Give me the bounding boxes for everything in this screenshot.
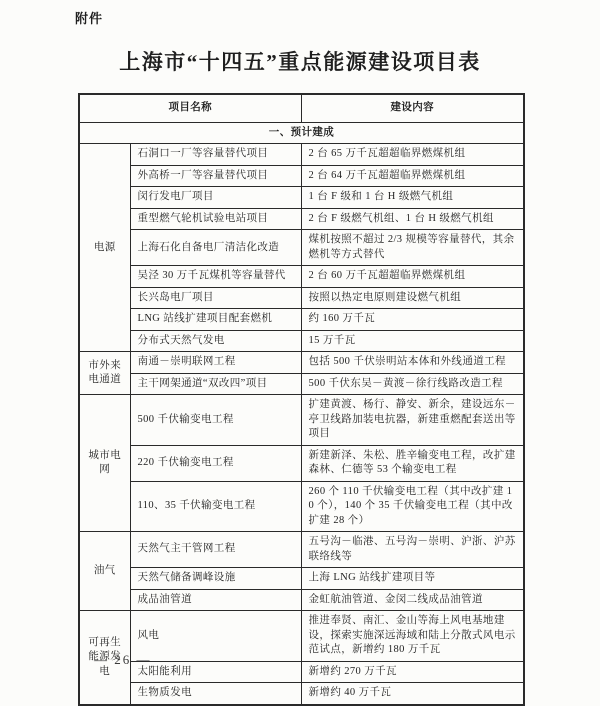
project-content: 包括 500 千伏崇明站本体和外线通道工程	[301, 352, 524, 373]
section-row: 一、预计建成	[79, 123, 524, 144]
project-content: 500 千伏东吴－黄渡－徐行线路改造工程	[301, 373, 524, 394]
project-name: 重型燃气轮机试验电站项目	[130, 208, 301, 229]
project-content: 约 160 万千瓦	[301, 309, 524, 330]
page-title: 上海市“十四五”重点能源建设项目表	[0, 46, 600, 76]
project-content: 新增约 40 万千瓦	[301, 683, 524, 705]
attachment-label: 附件	[75, 8, 103, 27]
project-content: 15 万千瓦	[301, 330, 524, 351]
projects-table-wrapper: 项目名称 建设内容 一、预计建成 电源 石洞口一厂等容量替代项目 2 台 65 …	[78, 93, 523, 706]
project-content: 上海 LNG 站线扩建项目等	[301, 568, 524, 589]
project-name: 石洞口一厂等容量替代项目	[130, 144, 301, 165]
project-name: 上海石化自备电厂清洁化改造	[130, 230, 301, 266]
table-row: 主干网架通道“双改四”项目 500 千伏东吴－黄渡－徐行线路改造工程	[79, 373, 524, 394]
project-content: 2 台 64 万千瓦超超临界燃煤机组	[301, 165, 524, 186]
table-row: 成品油管道 金虹航油管道、金闵二线成品油管道	[79, 589, 524, 610]
category-power-source: 电源	[79, 144, 130, 352]
header-project-name: 项目名称	[79, 94, 301, 123]
project-content: 扩建黄渡、杨行、静安、新余，建设远东－亭卫线路加装电抗器，新建重燃配套送出等项目	[301, 395, 524, 445]
project-name: 天然气主干管网工程	[130, 532, 301, 568]
project-name: 风电	[130, 611, 301, 661]
category-external-power-channel: 市外来电通道	[79, 352, 130, 395]
table-row: 上海石化自备电厂清洁化改造 煤机按照不超过 2/3 规模等容量替代，其余燃机等方…	[79, 230, 524, 266]
table-row: 110、35 千伏输变电工程 260 个 110 千伏输变电工程（其中改扩建 1…	[79, 481, 524, 531]
table-row: 闵行发电厂项目 1 台 F 级和 1 台 H 级燃气机组	[79, 187, 524, 208]
project-name: 太阳能利用	[130, 661, 301, 682]
project-content: 2 台 60 万千瓦超超临界燃煤机组	[301, 266, 524, 287]
project-name: 天然气储备调峰设施	[130, 568, 301, 589]
project-name: 吴泾 30 万千瓦煤机等容量替代	[130, 266, 301, 287]
project-name: 长兴岛电厂项目	[130, 287, 301, 308]
project-name: 成品油管道	[130, 589, 301, 610]
table-row: 220 千伏输变电工程 新建新泽、朱松、胜辛输变电工程，改扩建森林、仁德等 53…	[79, 445, 524, 481]
table-header-row: 项目名称 建设内容	[79, 94, 524, 123]
table-row: 生物质发电 新增约 40 万千瓦	[79, 683, 524, 705]
project-content: 金虹航油管道、金闵二线成品油管道	[301, 589, 524, 610]
table-row: 重型燃气轮机试验电站项目 2 台 F 级燃气机组、1 台 H 级燃气机组	[79, 208, 524, 229]
project-content: 2 台 65 万千瓦超超临界燃煤机组	[301, 144, 524, 165]
project-content: 煤机按照不超过 2/3 规模等容量替代，其余燃机等方式替代	[301, 230, 524, 266]
project-content: 1 台 F 级和 1 台 H 级燃气机组	[301, 187, 524, 208]
project-name: LNG 站线扩建项目配套燃机	[130, 309, 301, 330]
project-content: 260 个 110 千伏输变电工程（其中改扩建 10 个），140 个 35 千…	[301, 481, 524, 531]
section-title: 一、预计建成	[79, 123, 524, 144]
project-name: 外高桥一厂等容量替代项目	[130, 165, 301, 186]
category-oil-gas: 油气	[79, 532, 130, 611]
category-city-grid: 城市电网	[79, 395, 130, 532]
table-row: 油气 天然气主干管网工程 五号沟－临港、五号沟－崇明、沪浙、沪苏联络线等	[79, 532, 524, 568]
project-content: 新建新泽、朱松、胜辛输变电工程，改扩建森林、仁德等 53 个输变电工程	[301, 445, 524, 481]
header-construction-content: 建设内容	[301, 94, 524, 123]
projects-table: 项目名称 建设内容 一、预计建成 电源 石洞口一厂等容量替代项目 2 台 65 …	[78, 93, 525, 706]
project-content: 2 台 F 级燃气机组、1 台 H 级燃气机组	[301, 208, 524, 229]
page-number: — 26 —	[94, 652, 152, 668]
project-name: 生物质发电	[130, 683, 301, 705]
table-row: 吴泾 30 万千瓦煤机等容量替代 2 台 60 万千瓦超超临界燃煤机组	[79, 266, 524, 287]
project-name: 主干网架通道“双改四”项目	[130, 373, 301, 394]
project-content: 新增约 270 万千瓦	[301, 661, 524, 682]
project-name: 110、35 千伏输变电工程	[130, 481, 301, 531]
table-row: 天然气储备调峰设施 上海 LNG 站线扩建项目等	[79, 568, 524, 589]
table-row: 电源 石洞口一厂等容量替代项目 2 台 65 万千瓦超超临界燃煤机组	[79, 144, 524, 165]
table-row: 分布式天然气发电 15 万千瓦	[79, 330, 524, 351]
project-name: 闵行发电厂项目	[130, 187, 301, 208]
project-name: 南通－崇明联网工程	[130, 352, 301, 373]
table-row: LNG 站线扩建项目配套燃机 约 160 万千瓦	[79, 309, 524, 330]
project-name: 500 千伏输变电工程	[130, 395, 301, 445]
project-content: 按照以热定电原则建设燃气机组	[301, 287, 524, 308]
table-row: 外高桥一厂等容量替代项目 2 台 64 万千瓦超超临界燃煤机组	[79, 165, 524, 186]
table-row: 长兴岛电厂项目 按照以热定电原则建设燃气机组	[79, 287, 524, 308]
project-name: 分布式天然气发电	[130, 330, 301, 351]
table-row: 市外来电通道 南通－崇明联网工程 包括 500 千伏崇明站本体和外线通道工程	[79, 352, 524, 373]
project-name: 220 千伏输变电工程	[130, 445, 301, 481]
document-page: { "page": { "attachment_label": "附件", "t…	[0, 0, 600, 681]
project-content: 五号沟－临港、五号沟－崇明、沪浙、沪苏联络线等	[301, 532, 524, 568]
table-row: 城市电网 500 千伏输变电工程 扩建黄渡、杨行、静安、新余，建设远东－亭卫线路…	[79, 395, 524, 445]
project-content: 推进奉贤、南汇、金山等海上风电基地建设，探索实施深远海域和陆上分散式风电示范试点…	[301, 611, 524, 661]
